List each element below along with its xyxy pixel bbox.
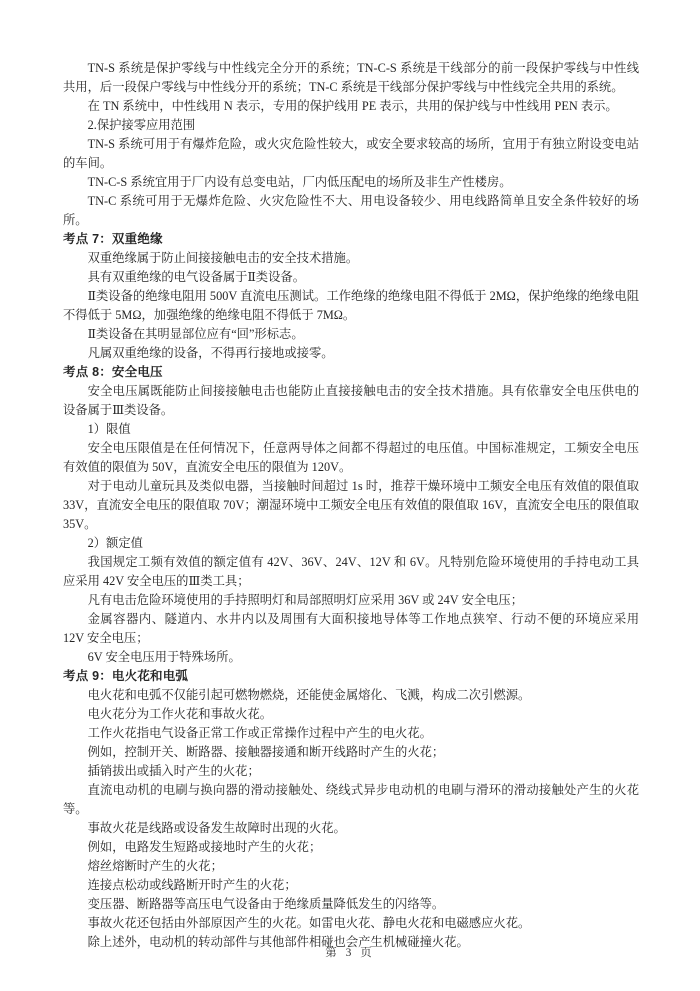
paragraph: 金属容器内、隧道内、水井内以及周围有大面积接地导体等工作地点狭窄、行动不便的环境…	[63, 610, 639, 648]
paragraph: TN-C-S 系统宜用于厂内设有总变电站，厂内低压配电的场所及非生产性楼房。	[63, 173, 639, 192]
paragraph: 连接点松动或线路断开时产生的火花；	[63, 876, 639, 895]
paragraph: 具有双重绝缘的电气设备属于Ⅱ类设备。	[63, 268, 639, 287]
section-heading: 考点 8：安全电压	[63, 363, 639, 382]
paragraph: 我国规定工频有效值的额定值有 42V、36V、24V、12V 和 6V。凡特别危…	[63, 553, 639, 591]
paragraph: 双重绝缘属于防止间接接触电击的安全技术措施。	[63, 249, 639, 268]
paragraph: 例如，控制开关、断路器、接触器接通和断开线路时产生的火花；	[63, 743, 639, 762]
paragraph: 安全电压属既能防止间接接触电击也能防止直接接触电击的安全技术措施。具有依靠安全电…	[63, 382, 639, 420]
paragraph: 2.保护接零应用范围	[63, 116, 639, 135]
paragraph: 事故火花是线路或设备发生故障时出现的火花。	[63, 819, 639, 838]
paragraph: 插销拔出或插入时产生的火花；	[63, 762, 639, 781]
paragraph: 2）额定值	[63, 534, 639, 553]
paragraph: 事故火花还包括由外部原因产生的火花。如雷电火花、静电火花和电磁感应火花。	[63, 914, 639, 933]
paragraph: 变压器、断路器等高压电气设备由于绝缘质量降低发生的闪络等。	[63, 895, 639, 914]
section-heading: 考点 9：电火花和电弧	[63, 667, 639, 686]
section-heading: 考点 7：双重绝缘	[63, 230, 639, 249]
paragraph: 例如，电路发生短路或接地时产生的火花；	[63, 838, 639, 857]
paragraph: Ⅱ类设备的绝缘电阻用 500V 直流电压测试。工作绝缘的绝缘电阻不得低于 2MΩ…	[63, 287, 639, 325]
paragraph: Ⅱ类设备在其明显部位应有“回”形标志。	[63, 325, 639, 344]
paragraph: 6V 安全电压用于特殊场所。	[63, 648, 639, 667]
document-page: TN-S 系统是保护零线与中性线完全分开的系统；TN-C-S 系统是干线部分的前…	[0, 0, 700, 991]
paragraph: TN-C 系统可用于无爆炸危险、火灾危险性不大、用电设备较少、用电线路简单且安全…	[63, 192, 639, 230]
paragraph: 电火花和电弧不仅能引起可燃物燃烧，还能使金属熔化、飞溅，构成二次引燃源。	[63, 686, 639, 705]
paragraph: 对于电动儿童玩具及类似电器，当接触时间超过 1s 时，推荐干燥环境中工频安全电压…	[63, 477, 639, 534]
paragraph: 工作火花指电气设备正常工作或正常操作过程中产生的电火花。	[63, 724, 639, 743]
paragraph: 凡有电击危险环境使用的手持照明灯和局部照明灯应采用 36V 或 24V 安全电压…	[63, 591, 639, 610]
paragraph: 凡属双重绝缘的设备，不得再行接地或接零。	[63, 344, 639, 363]
page-number: 第 3 页	[0, 944, 700, 960]
paragraph: TN-S 系统可用于有爆炸危险，或火灾危险性较大，或安全要求较高的场所，宜用于有…	[63, 135, 639, 173]
paragraph: 1）限值	[63, 420, 639, 439]
paragraph: 熔丝熔断时产生的火花；	[63, 857, 639, 876]
paragraph: 直流电动机的电刷与换向器的滑动接触处、绕线式异步电动机的电刷与滑环的滑动接触处产…	[63, 781, 639, 819]
paragraph: 在 TN 系统中，中性线用 N 表示，专用的保护线用 PE 表示，共用的保护线与…	[63, 97, 639, 116]
paragraph: 电火花分为工作火花和事故火花。	[63, 705, 639, 724]
document-body: TN-S 系统是保护零线与中性线完全分开的系统；TN-C-S 系统是干线部分的前…	[63, 59, 639, 952]
paragraph: TN-S 系统是保护零线与中性线完全分开的系统；TN-C-S 系统是干线部分的前…	[63, 59, 639, 97]
paragraph: 安全电压限值是在任何情况下，任意两导体之间都不得超过的电压值。中国标准规定，工频…	[63, 439, 639, 477]
